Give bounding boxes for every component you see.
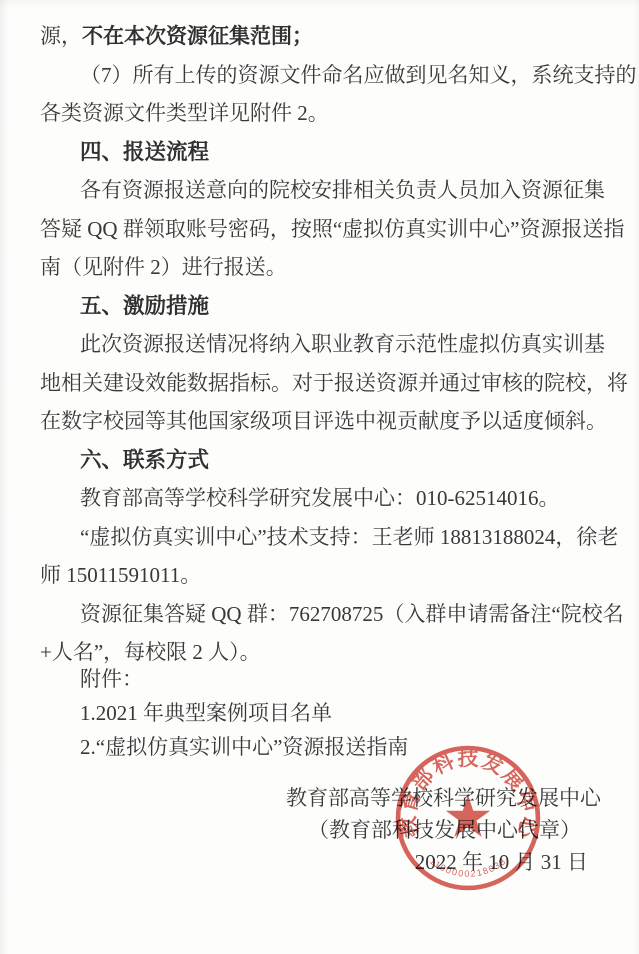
section-heading-5: 五、激励措施: [40, 287, 601, 326]
signature-org: 教育部高等学校科学研究发展中心: [40, 782, 601, 814]
attachment-item-2: 2.“虚拟仿真实训中心”资源报送指南: [40, 730, 601, 764]
signature-date: 2022 年 10 月 31 日: [40, 846, 601, 878]
body-line: 师 15011591011。: [40, 556, 601, 595]
intro-normal-text: 源，: [40, 24, 82, 48]
body-line-phone: 教育部高等学校科学研究发展中心：010-62514016。: [40, 479, 601, 518]
intro-bold-text: 不在本次资源征集范围；: [82, 25, 313, 48]
attachment-item-1: 1.2021 年典型案例项目名单: [40, 696, 601, 730]
body-line: 各有资源报送意向的院校安排相关负责人员加入资源征集: [40, 171, 601, 210]
body-line: 南（见附件 2）进行报送。: [40, 248, 601, 287]
section-heading-6: 六、联系方式: [40, 441, 601, 480]
signature-block: 教育部高等学校科学研究发展中心 （教育部科技发展中心代章） 2022 年 10 …: [40, 782, 601, 878]
attachments-block: 附件： 1.2021 年典型案例项目名单 2.“虚拟仿真实训中心”资源报送指南: [40, 662, 601, 764]
body-line: 答疑 QQ 群领取账号密码，按照“虚拟仿真实训中心”资源报送指: [40, 210, 601, 249]
body-line-qq-group: 资源征集答疑 QQ 群：762708725（入群申请需备注“院校名: [40, 595, 601, 634]
section-heading-4: 四、报送流程: [40, 133, 601, 172]
body-line: 在数字校园等其他国家级项目评选中视贡献度予以适度倾斜。: [40, 402, 601, 441]
body-line-support: “虚拟仿真实训中心”技术支持：王老师 18813188024，徐老: [40, 518, 601, 557]
body-line: 此次资源报送情况将纳入职业教育示范性虚拟仿真实训基: [40, 325, 601, 364]
body-line: （7）所有上传的资源文件命名应做到见名知义，系统支持的: [40, 56, 601, 95]
signature-proxy-note: （教育部科技发展中心代章）: [40, 814, 601, 846]
document-page: 源，不在本次资源征集范围； （7）所有上传的资源文件命名应做到见名知义，系统支持…: [0, 0, 639, 954]
body-line: 地相关建设效能数据指标。对于报送资源并通过审核的院校，将: [40, 364, 601, 403]
attachments-label: 附件：: [40, 662, 601, 696]
body-line: 各类资源文件类型详见附件 2。: [40, 94, 601, 133]
body-line-intro: 源，不在本次资源征集范围；: [40, 17, 601, 56]
